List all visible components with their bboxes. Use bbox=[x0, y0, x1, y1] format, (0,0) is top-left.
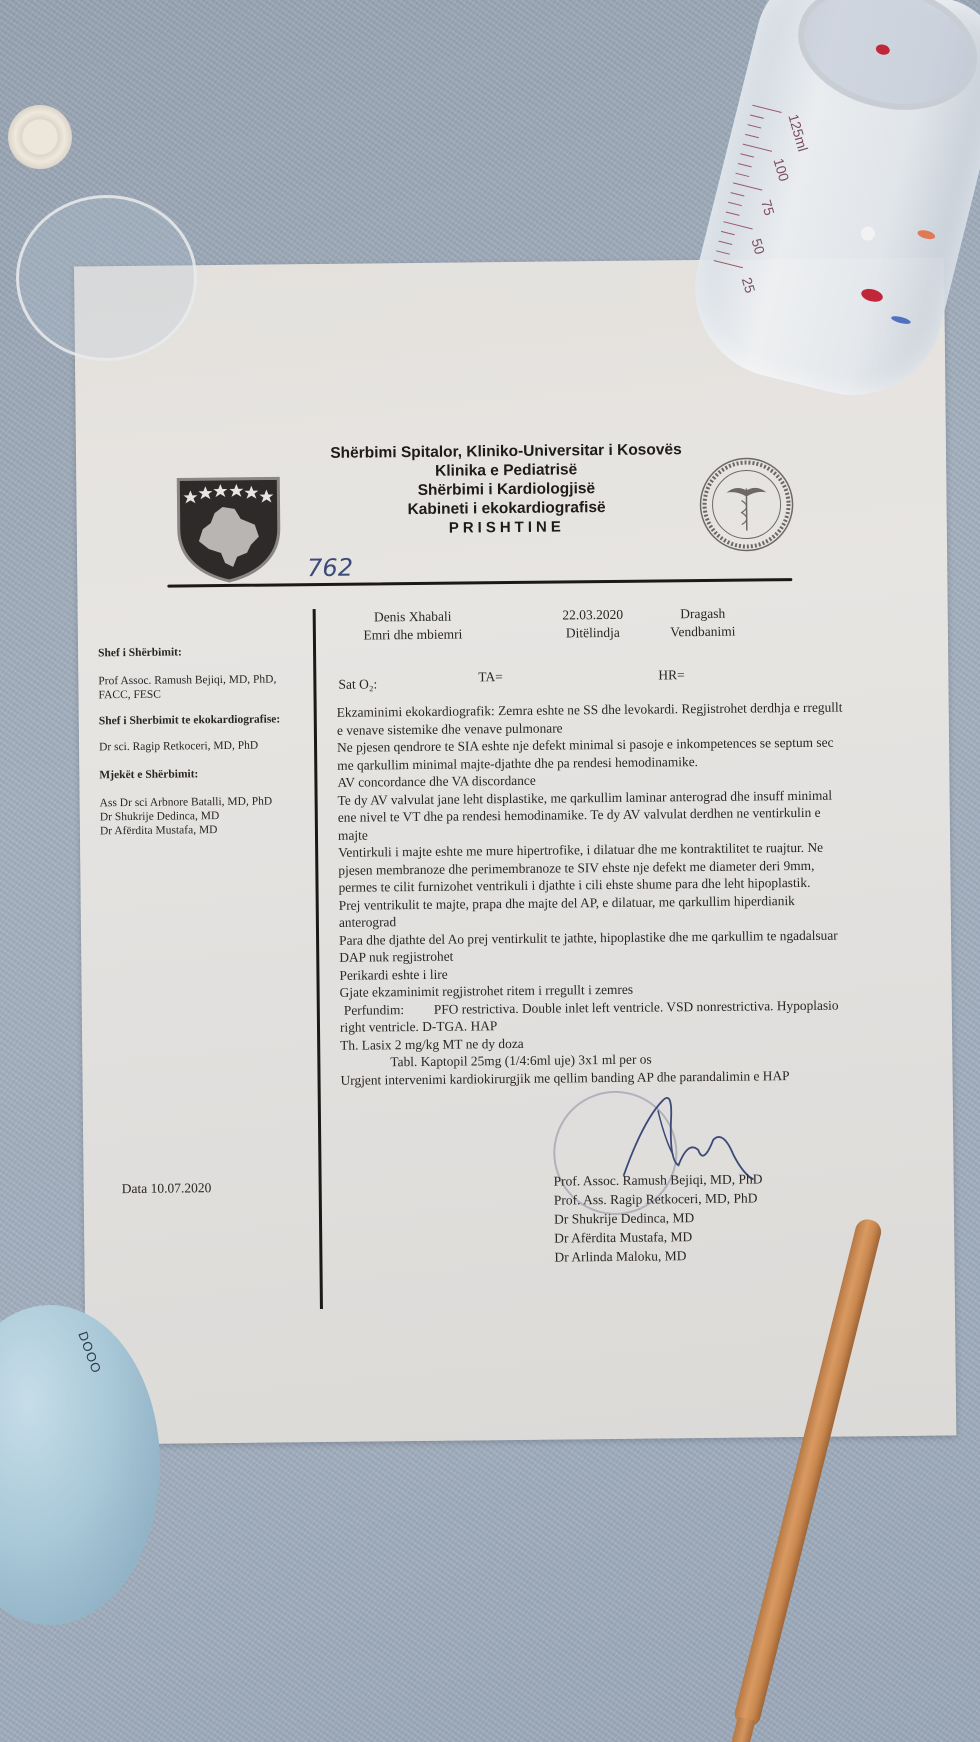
glass-disc-object bbox=[16, 195, 197, 361]
medical-report-paper: Shërbimi Spitalor, Kliniko-Universitar i… bbox=[74, 257, 956, 1444]
bottle-cap-object bbox=[8, 105, 72, 169]
head-echo-label: Shef i Sherbimit te ekokardiografise: bbox=[99, 712, 309, 728]
staff-sidebar: Shef i Shërbimit: Prof Assoc. Ramush Bej… bbox=[98, 644, 310, 850]
finding-paragraph: Prej ventrikulit te majte, prapa dhe maj… bbox=[339, 891, 849, 931]
bottle-red-pattern bbox=[860, 287, 884, 304]
signatory-name: Dr Afërdita Mustafa, MD bbox=[554, 1226, 763, 1247]
signatory-name: Prof. Assoc. Ramush Bejiqi, MD, PhD bbox=[554, 1169, 763, 1190]
bottle-orange-pattern bbox=[917, 229, 936, 241]
finding-paragraph: Ekzaminimi ekokardiografik: Zemra eshte … bbox=[337, 698, 847, 738]
scale-label: 100 bbox=[771, 156, 793, 183]
head-of-service-label: Shef i Shërbimit: bbox=[98, 644, 308, 660]
conclusion-label: Perfundim: bbox=[344, 1000, 434, 1018]
doctor-name: Dr Afërdita Mustafa, MD bbox=[100, 822, 310, 838]
echocardiography-findings: Ekzaminimi ekokardiografik: Zemra eshte … bbox=[337, 698, 851, 1088]
patient-residence-label: Vendbanimi bbox=[648, 622, 758, 640]
scale-label: 75 bbox=[758, 198, 778, 217]
patient-residence: Dragash bbox=[648, 604, 758, 622]
signatory-name: Prof. Ass. Ragip Retkoceri, MD, PhD bbox=[554, 1188, 763, 1209]
header-city: PRISHTINE bbox=[277, 516, 737, 540]
patient-info: Denis Xhabali Emri dhe mbiemri 22.03.202… bbox=[348, 604, 808, 609]
finding-paragraph: Ne pjesen qendrore te SIA eshte nje defe… bbox=[337, 733, 847, 773]
bottle-measurement-scale: 125ml 100 75 50 25 bbox=[704, 105, 820, 316]
finding-paragraph: Te dy AV valvulat jane leht displastike,… bbox=[338, 786, 849, 844]
bottle-neck bbox=[785, 0, 980, 128]
institution-header: Shërbimi Spitalor, Kliniko-Universitar i… bbox=[276, 440, 737, 540]
scale-label: 25 bbox=[739, 275, 759, 294]
pacifier-brand-text: DOOO bbox=[75, 1329, 104, 1375]
bottle-dot bbox=[859, 225, 876, 242]
signatories-block: Prof. Assoc. Ramush Bejiqi, MD, PhD Prof… bbox=[554, 1169, 764, 1266]
doctors-list: Ass Dr sci Arbnore Batalli, MD, PhD Dr S… bbox=[100, 794, 310, 838]
head-echo-name: Dr sci. Ragip Retkoceri, MD, PhD bbox=[99, 738, 309, 754]
doctors-label: Mjekët e Shërbimit: bbox=[99, 766, 309, 782]
scale-label: 125ml bbox=[785, 112, 811, 153]
bottle-blue-pattern bbox=[890, 315, 911, 326]
signatory-name: Dr Shukrije Dedinca, MD bbox=[554, 1207, 763, 1228]
patient-birthdate: 22.03.2020 bbox=[538, 606, 648, 624]
column-divider bbox=[313, 609, 323, 1309]
finding-paragraph: Ventirkuli i majte eshte me mure hipertr… bbox=[338, 838, 849, 896]
signatory-name: Dr Arlinda Maloku, MD bbox=[554, 1245, 763, 1266]
conclusion: Perfundim:PFO restrictiva. Double inlet … bbox=[340, 996, 850, 1036]
head-of-service-name: Prof Assoc. Ramush Bejiqi, MD, PhD, FACC… bbox=[98, 672, 308, 702]
handwritten-record-number: 762 bbox=[307, 554, 353, 582]
report-date: Data 10.07.2020 bbox=[122, 1180, 212, 1197]
scale-label: 50 bbox=[748, 237, 768, 256]
patient-name-label: Emri dhe mbiemri bbox=[348, 625, 478, 643]
medical-seal-icon bbox=[696, 454, 797, 555]
sat-o2-label: Sat O₂: bbox=[338, 676, 377, 692]
patient-birthdate-label: Ditëlindja bbox=[538, 624, 648, 642]
ta-label: TA= bbox=[478, 669, 503, 685]
hr-label: HR= bbox=[658, 667, 685, 683]
kosovo-coat-of-arms-icon bbox=[174, 472, 283, 583]
patient-name: Denis Xhabali bbox=[348, 607, 478, 625]
